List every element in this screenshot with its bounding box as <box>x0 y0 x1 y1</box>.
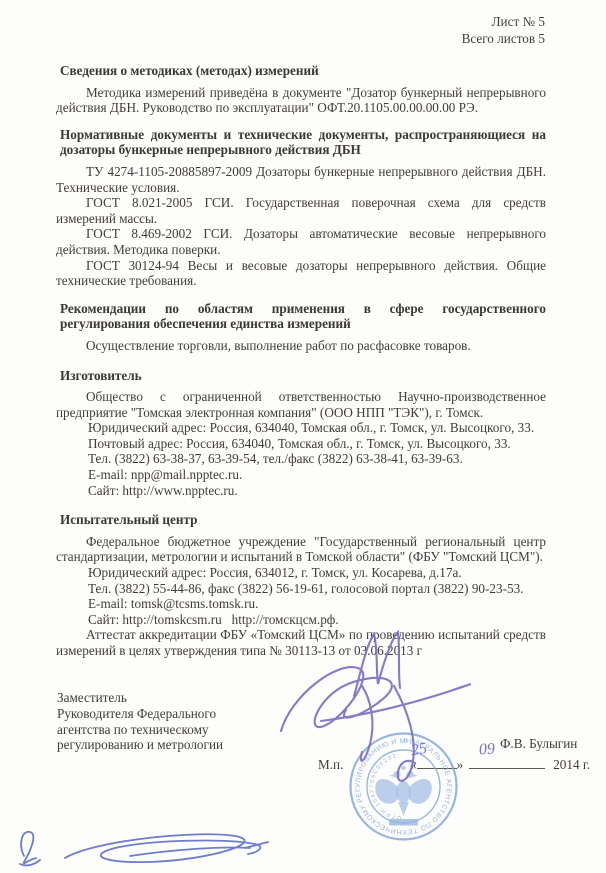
test-center-phone: Тел. (3822) 55-44-86, факс (3822) 56-19-… <box>56 581 546 597</box>
section-heading-test-center: Испытательный центр <box>60 512 546 528</box>
signer-position-line: регулированию и метрологии <box>57 737 223 753</box>
section-heading-normative: Нормативные документы и технические доку… <box>60 127 546 158</box>
normative-item: ГОСТ 8.469-2002 ГСИ. Дозаторы автоматиче… <box>56 226 546 257</box>
section-heading-recommendations: Рекомендации по областям применения в сф… <box>60 301 546 332</box>
signer-position-line: агентства по техническому <box>57 722 223 738</box>
test-center-paragraph: Федеральное бюджетное учреждение "Госуда… <box>56 534 546 565</box>
manufacturer-website: Сайт: http://www.npptec.ru. <box>56 483 546 499</box>
signature-secondary <box>10 820 280 872</box>
manufacturer-postal-address: Почтовый адрес: Россия, 634040, Томская … <box>56 436 546 452</box>
normative-item: ТУ 4274-1105-20885897-2009 Дозаторы бунк… <box>56 164 546 195</box>
manufacturer-phone: Тел. (3822) 63-38-37, 63-39-54, тел./фак… <box>56 451 546 467</box>
stamp-banner <box>389 819 418 826</box>
signer-position-line: Заместитель <box>57 690 223 706</box>
section-heading-manufacturer: Изготовитель <box>60 368 546 384</box>
test-center-email: E-mail: tomsk@tcsms.tomsk.ru. <box>56 596 546 612</box>
document-body: Сведения о методиках (методах) измерений… <box>56 47 546 659</box>
signer-position-line: Руководителя Федерального <box>57 706 223 722</box>
total-sheets: Всего листов 5 <box>462 30 545 47</box>
normative-item: ГОСТ 8.021-2005 ГСИ. Государственная пов… <box>56 195 546 226</box>
document-page: Лист № 5 Всего листов 5 Сведения о метод… <box>0 0 606 873</box>
methods-paragraph: Методика измерений приведёна в документе… <box>56 85 546 116</box>
year-label: 2014 г. <box>553 757 590 772</box>
normative-item: ГОСТ 30124-94 Весы и весовые дозаторы не… <box>56 258 546 289</box>
signer-name: Ф.В. Булыгин <box>500 736 577 752</box>
section-heading-methods: Сведения о методиках (методах) измерений <box>60 63 546 79</box>
signature-main <box>266 626 481 791</box>
manufacturer-legal-address: Юридический адрес: Россия, 634040, Томск… <box>56 420 546 436</box>
manufacturer-email: E-mail: npp@mail.npptec.ru. <box>56 467 546 483</box>
handwritten-month: 09 <box>479 741 496 758</box>
sheet-number: Лист № 5 <box>462 13 545 30</box>
signer-position-block: Заместитель Руководителя Федерального аг… <box>57 690 223 753</box>
manufacturer-paragraph: Общество с ограниченной ответственностью… <box>56 389 546 420</box>
recommendations-paragraph: Осуществление торговли, выполнение работ… <box>56 338 546 354</box>
test-center-legal-address: Юридический адрес: Россия, 634012, г. То… <box>56 565 546 581</box>
sheet-header: Лист № 5 Всего листов 5 <box>462 13 545 47</box>
